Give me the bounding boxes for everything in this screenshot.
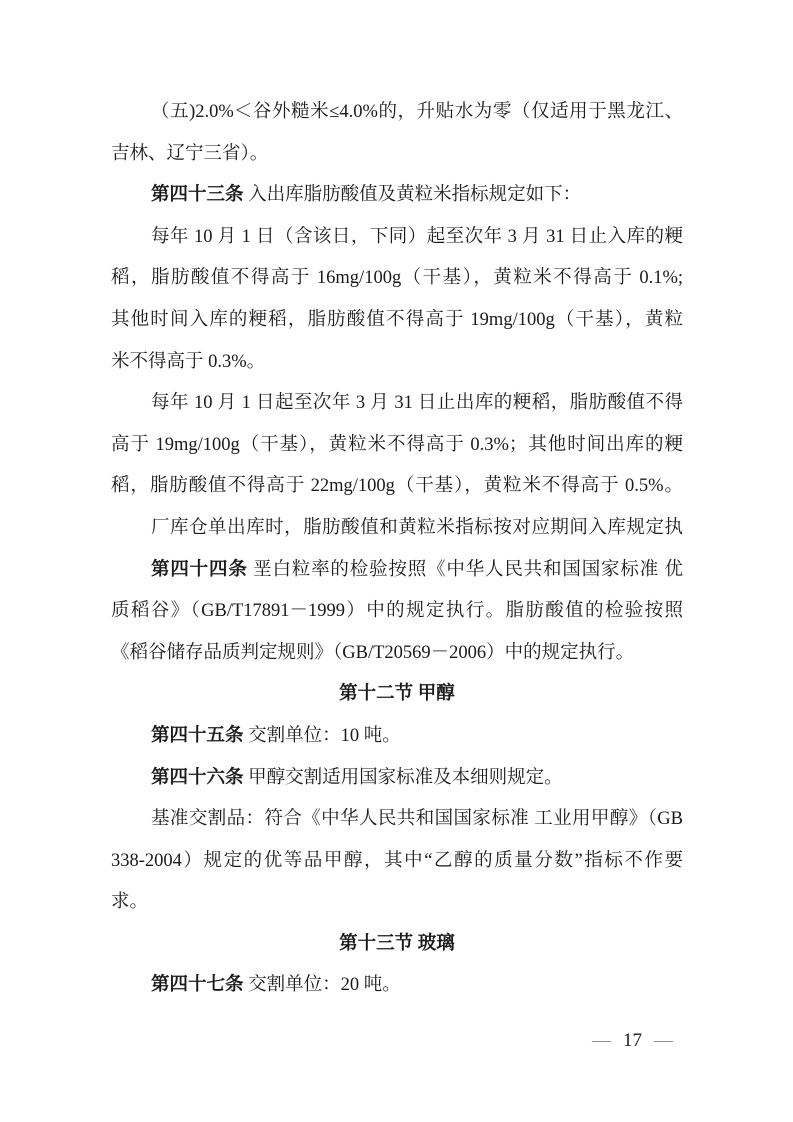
- bold-text-segment: 第四十七条: [151, 975, 244, 995]
- text-segment: 吉林、辽宁三省）。: [111, 144, 268, 164]
- text-segment: 入出库脂肪酸值及黄粒米指标规定如下：: [244, 185, 582, 205]
- text-segment: 高于 19mg/100g（干基），黄粒米不得高于 0.3%；其他时间出库的粳: [111, 435, 683, 455]
- document-body: （五)2.0%＜谷外糙米≤4.0%的，升贴水为零（仅适用于黑龙江、吉林、辽宁三省…: [111, 92, 683, 1007]
- paragraph-line: 高于 19mg/100g（干基），黄粒米不得高于 0.3%；其他时间出库的粳: [111, 425, 683, 467]
- text-segment: 交割单位：20 吨。: [244, 975, 401, 995]
- bold-text-segment: 第四十五条: [151, 726, 244, 746]
- bold-text-segment: 第四十四条: [151, 560, 248, 580]
- footer-dash-right: —: [654, 1030, 673, 1051]
- paragraph-line: 米不得高于 0.3%。: [111, 342, 683, 384]
- text-segment: 基准交割品：符合《中华人民共和国国家标准 工业用甲醇》（GB: [151, 809, 683, 829]
- paragraph-line: 质稻谷》（GB/T17891－1999）中的规定执行。脂肪酸值的检验按照: [111, 591, 683, 633]
- page-number: 17: [623, 1030, 642, 1051]
- paragraph-line: 338-2004）规定的优等品甲醇，其中“乙醇的质量分数”指标不作要: [111, 841, 683, 883]
- paragraph-line: 其他时间入库的粳稻，脂肪酸值不得高于 19mg/100g（干基），黄粒: [111, 300, 683, 342]
- bold-text-segment: 第四十三条: [151, 185, 244, 205]
- paragraph-line: 求。: [111, 882, 683, 924]
- paragraph-line: 吉林、辽宁三省）。: [111, 134, 683, 176]
- article-line: 第四十五条 交割单位：10 吨。: [111, 716, 683, 758]
- text-segment: 交割单位：10 吨。: [244, 726, 401, 746]
- paragraph-line: 基准交割品：符合《中华人民共和国国家标准 工业用甲醇》（GB: [111, 799, 683, 841]
- text-segment: 稻，脂肪酸值不得高于 16mg/100g（干基），黄粒米不得高于 0.1%;: [111, 268, 683, 288]
- bold-text-segment: 第十三节 玻璃: [339, 934, 455, 954]
- paragraph-line: 厂库仓单出库时，脂肪酸值和黄粒米指标按对应期间入库规定执行。: [111, 508, 683, 550]
- text-segment: 质稻谷》（GB/T17891－1999）中的规定执行。脂肪酸值的检验按照: [111, 601, 683, 621]
- bold-text-segment: 第十二节 甲醇: [339, 684, 455, 704]
- text-segment: 每年 10 月 1 日（含该日，下同）起至次年 3 月 31 日止入库的粳: [151, 227, 683, 247]
- paragraph-line: 每年 10 月 1 日（含该日，下同）起至次年 3 月 31 日止入库的粳: [111, 217, 683, 259]
- section-heading: 第十二节 甲醇: [111, 674, 683, 716]
- article-line: 第四十七条 交割单位：20 吨。: [111, 965, 683, 1007]
- text-segment: 求。: [111, 892, 148, 912]
- text-segment: 其他时间入库的粳稻，脂肪酸值不得高于 19mg/100g（干基），黄粒: [111, 310, 683, 330]
- bold-text-segment: 第四十六条: [151, 768, 244, 788]
- text-segment: 《稻谷储存品质判定规则》（GB/T20569－2006）中的规定执行。: [111, 643, 634, 663]
- paragraph-line: （五)2.0%＜谷外糙米≤4.0%的，升贴水为零（仅适用于黑龙江、: [111, 92, 683, 134]
- text-segment: 甲醇交割适用国家标准及本细则规定。: [244, 768, 563, 788]
- article-line: 第四十三条 入出库脂肪酸值及黄粒米指标规定如下：: [111, 175, 683, 217]
- text-segment: 垩白粒率的检验按照《中华人民共和国国家标准 优: [248, 560, 683, 580]
- text-segment: 稻，脂肪酸值不得高于 22mg/100g（干基），黄粒米不得高于 0.5%。: [111, 476, 683, 496]
- footer-dash-left: —: [592, 1030, 611, 1051]
- paragraph-line: 稻，脂肪酸值不得高于 22mg/100g（干基），黄粒米不得高于 0.5%。: [111, 466, 683, 508]
- page-footer: —17—: [592, 1028, 673, 1054]
- section-heading: 第十三节 玻璃: [111, 924, 683, 966]
- text-segment: 338-2004）规定的优等品甲醇，其中“乙醇的质量分数”指标不作要: [111, 851, 683, 871]
- paragraph-line: 《稻谷储存品质判定规则》（GB/T20569－2006）中的规定执行。: [111, 633, 683, 675]
- document-page: （五)2.0%＜谷外糙米≤4.0%的，升贴水为零（仅适用于黑龙江、吉林、辽宁三省…: [0, 0, 793, 1122]
- article-line: 第四十四条 垩白粒率的检验按照《中华人民共和国国家标准 优: [111, 550, 683, 592]
- article-line: 第四十六条 甲醇交割适用国家标准及本细则规定。: [111, 758, 683, 800]
- text-segment: 每年 10 月 1 日起至次年 3 月 31 日止出库的粳稻，脂肪酸值不得: [151, 393, 683, 413]
- text-segment: 厂库仓单出库时，脂肪酸值和黄粒米指标按对应期间入库规定执行。: [151, 518, 683, 550]
- text-segment: （五)2.0%＜谷外糙米≤4.0%的，升贴水为零（仅适用于黑龙江、: [151, 102, 683, 122]
- paragraph-line: 稻，脂肪酸值不得高于 16mg/100g（干基），黄粒米不得高于 0.1%;: [111, 258, 683, 300]
- paragraph-line: 每年 10 月 1 日起至次年 3 月 31 日止出库的粳稻，脂肪酸值不得: [111, 383, 683, 425]
- text-segment: 米不得高于 0.3%。: [111, 352, 265, 372]
